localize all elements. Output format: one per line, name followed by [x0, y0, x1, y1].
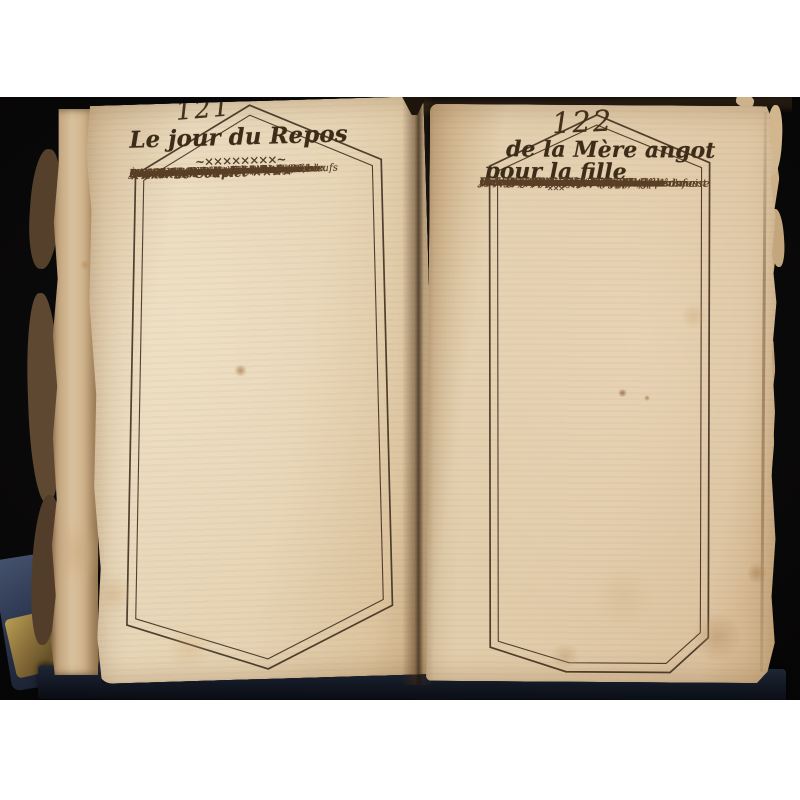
page-number: 121: [175, 97, 233, 127]
page-number: 122: [551, 103, 614, 140]
manuscript-line: ×××××××××××: [479, 176, 681, 193]
decorative-border-frame: [82, 97, 441, 684]
page-122: 122 de la Mère angot pour la fille ××× V…: [426, 104, 782, 683]
page-121: 121 Le jour du Repos ~××××××××~ Quand le…: [82, 97, 441, 684]
book-photograph: 121 Le jour du Repos ~××××××××~ Quand le…: [0, 97, 800, 700]
gutter-shadow: [402, 97, 434, 685]
